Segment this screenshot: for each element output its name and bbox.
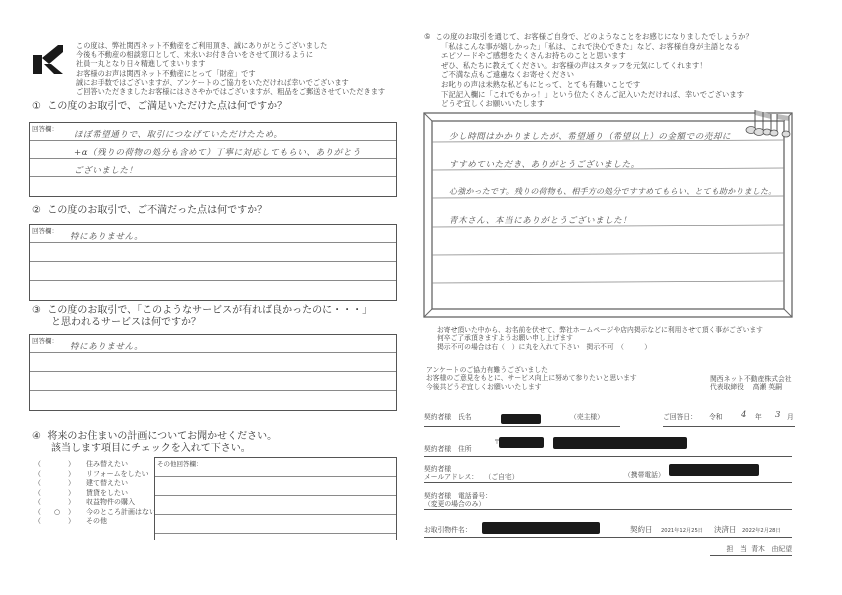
question-text: ご不満な点もご遠慮なくお寄せください <box>424 70 753 80</box>
phone-label: 契約者様 電話番号： <box>424 492 792 500</box>
other-answer-label: その他回答欄： <box>157 459 203 468</box>
close-paren: ） <box>68 517 80 527</box>
era-label: 令和 <box>709 413 723 421</box>
question-2-title: ② この度のお取引で、ご不満だった点は何ですか？ <box>32 205 267 217</box>
answer-label: 回答欄： <box>32 336 58 345</box>
option-checkbox[interactable] <box>46 498 68 508</box>
option-label: その他 <box>86 517 107 527</box>
question-1-title: ① この度のお取引で、ご満足いただけた点は何ですか？ <box>32 101 287 113</box>
property-label: お取引物件名： <box>424 526 472 534</box>
handwritten-answer-line: すすめていただき、ありがとうございました。 <box>449 158 640 170</box>
company-signature: 関西ネット不動産株式会社 代表取締役 高瀬 英嗣 <box>710 375 792 392</box>
no-publish-checkbox[interactable]: 掲示不可の場合は右（ ）に丸を入れて下さい 掲示不可 （ ） <box>437 343 763 351</box>
year-unit: 年 <box>755 413 762 421</box>
answer-year: 4 <box>741 411 747 419</box>
option-label: リフォームをしたい <box>86 470 149 480</box>
handwritten-answer-line: ございました！ <box>74 164 138 176</box>
question-text: ぜひ、私たちに教えてください。お客様の声はスタッフを元気にしてくれます！ <box>424 61 753 71</box>
contract-phone-field[interactable]: 契約者様 電話番号： （変更の場合のみ） <box>424 492 792 510</box>
option-label: 今のところ計画はない <box>86 508 156 518</box>
address-label: 契約者様 住所 <box>424 445 472 453</box>
open-paren: （ <box>34 517 46 527</box>
staff-name: 青木 由紀望 <box>751 545 792 553</box>
phone-note: （変更の場合のみ） <box>424 500 792 508</box>
handwritten-answer-line: 心強かったです。残りの荷物も、相手方の処分ですすめてもらい、とても助かりました。 <box>449 186 776 197</box>
question-text: この度のお取引を通じて、お客様ご自身で、どのようなことをお感じになりましたでしょ… <box>435 32 753 41</box>
option-checkbox[interactable] <box>46 470 68 480</box>
question-number: ⑤ <box>424 32 431 41</box>
answer-date-label: ご回答日： <box>663 413 697 421</box>
name-suffix: （売主様） <box>570 413 604 421</box>
redacted-address <box>553 437 687 449</box>
question-text: 該当します項目にチェックを入れて下さい。 <box>32 443 277 455</box>
property-name-field[interactable]: お取引物件名： 契約日 2021年12月25日 決済日 2022年2月28日 <box>424 526 792 538</box>
option-checkbox[interactable] <box>46 479 68 489</box>
question-1-answer-box[interactable]: 回答欄： ほぼ希望通りで、取引につなげていただけたため。 +α（残りの荷物の処分… <box>29 122 397 197</box>
notice-line: 何卒ご了承頂きますようお願い申し上げます <box>437 334 763 342</box>
redacted-mobile <box>669 464 759 476</box>
email-label: メールアドレス： <box>424 473 478 481</box>
close-paren: ） <box>68 508 80 518</box>
question-4-other-box[interactable]: その他回答欄： <box>154 457 397 540</box>
plan-options: （）住み替えたい（）リフォームをしたい（）建て替えたい（）賃貸をしたい（）収益物… <box>34 460 156 527</box>
home-label: （ご自宅） <box>485 473 519 481</box>
company-logo-icon <box>32 44 64 76</box>
intro-line: この度は、弊社関西ネット不動産をご利用頂き、誠にありがとうございました <box>76 41 385 50</box>
question-text: エピソードやご感想をたくさんお持ちのことと思います <box>424 51 753 61</box>
mobile-label: （携帯電話） <box>624 471 665 479</box>
option-checkbox[interactable] <box>46 517 68 527</box>
question-text: お叱りの声は未熟な私どもにとって、とても有難いことです <box>424 80 753 90</box>
thanks-message: アンケートのご協力有難うございました お客様のご意見をもとに、サービス向上に努め… <box>426 366 637 391</box>
intro-line: 今後も不動産の相談窓口として、末永いお付き合いをさせて頂けるように <box>76 50 385 59</box>
question-text: この度のお取引で、ご満足いただけた点は何ですか？ <box>47 101 287 112</box>
staff-field: 担 当 青木 由紀望 <box>710 545 792 556</box>
close-paren: ） <box>68 489 80 499</box>
open-paren: （ <box>34 498 46 508</box>
plan-option[interactable]: （）リフォームをしたい <box>34 470 156 480</box>
question-text: どうぞ宜しくお願いいたします <box>424 99 753 109</box>
close-paren: ） <box>68 479 80 489</box>
redacted-property-name <box>482 522 600 534</box>
option-checkbox[interactable] <box>46 460 68 470</box>
open-paren: （ <box>34 479 46 489</box>
redacted-name <box>501 414 541 424</box>
month-unit: 月 <box>787 413 794 421</box>
thanks-line: お客様のご意見をもとに、サービス向上に努めて参りたいと思います <box>426 374 637 382</box>
question-number: ④ <box>32 431 41 442</box>
redacted-postal-code <box>499 437 544 448</box>
open-paren: （ <box>34 470 46 480</box>
option-label: 建て替えたい <box>86 479 128 489</box>
contract-date-label: 契約日 <box>630 526 653 534</box>
question-text: この度のお取引で、ご不満だった点は何ですか？ <box>47 205 267 216</box>
answer-label: 回答欄： <box>32 124 58 133</box>
question-3-answer-box[interactable]: 回答欄： 特にありません。 <box>29 334 397 411</box>
question-text: 下記記入欄に「これでもかっ！」という位たくさんご記入いただければ、幸いでございま… <box>424 90 753 100</box>
option-label: 収益物件の購入 <box>86 498 135 508</box>
option-label: 住み替えたい <box>86 460 128 470</box>
intro-line: ご回答いただきましたお客様にはささやかではございますが、粗品をご郵送させていただ… <box>76 87 385 96</box>
close-paren: ） <box>68 460 80 470</box>
question-number: ② <box>32 205 41 216</box>
handwritten-answer-line: 少し時間はかかりましたが、希望通り（希望以上）の金額での売却に <box>449 130 731 142</box>
thanks-line: 今後共どうぞ宜しくお願いいたします <box>426 383 637 391</box>
settlement-date-label: 決済日 <box>714 526 737 534</box>
representative-title: 代表取締役 <box>710 383 744 391</box>
answer-month: 3 <box>775 411 781 419</box>
answer-label: 回答欄： <box>32 226 58 235</box>
intro-line: 社員一丸となり日々精進してまいります <box>76 59 385 68</box>
option-label: 賃貸をしたい <box>86 489 128 499</box>
plan-option[interactable]: （）住み替えたい <box>34 460 156 470</box>
intro-text: この度は、弊社関西ネット不動産をご利用頂き、誠にありがとうございました 今後も不… <box>76 41 385 96</box>
handwritten-answer-line: 特にありません。 <box>70 340 143 352</box>
representative-name: 高瀬 英嗣 <box>753 383 782 391</box>
question-text: 将来のお住まいの計画についてお聞かせください。 <box>47 431 277 442</box>
plan-option[interactable]: （）賃貸をしたい <box>34 489 156 499</box>
question-5-title: ⑤ この度のお取引を通じて、お客様ご自身で、どのようなことをお感じになりましたで… <box>424 32 753 109</box>
question-2-answer-box[interactable]: 回答欄： 特にありません。 <box>29 224 397 301</box>
question-5-answer-box[interactable]: 少し時間はかかりましたが、希望通り（希望以上）の金額での売却に すすめていただき… <box>423 112 793 318</box>
option-checkbox[interactable]: ○ <box>46 508 68 518</box>
question-number: ③ <box>32 305 41 316</box>
question-text: と思われるサービスは何ですか？ <box>32 317 372 329</box>
close-paren: ） <box>68 498 80 508</box>
question-text: この度のお取引で、「このようなサービスが有れば良かったのに・・・」 <box>47 305 372 316</box>
open-paren: （ <box>34 508 46 518</box>
plan-option[interactable]: （）その他 <box>34 517 156 527</box>
open-paren: （ <box>34 460 46 470</box>
plan-option[interactable]: （○）今のところ計画はない <box>34 508 156 518</box>
contract-date: 2021年12月25日 <box>661 527 703 535</box>
answer-date-field[interactable]: ご回答日： 令和 4 年 3 月 <box>663 413 795 427</box>
staff-label: 担 当 <box>727 545 747 553</box>
option-checkbox[interactable] <box>46 489 68 499</box>
close-paren: ） <box>68 470 80 480</box>
intro-line: 誠にお手数ではございますが、アンケートのご協力をいただければ幸いでございます <box>76 78 385 87</box>
plan-option[interactable]: （）建て替えたい <box>34 479 156 489</box>
question-number: ① <box>32 101 41 112</box>
settlement-date: 2022年2月28日 <box>742 527 781 535</box>
intro-line: お客様のお声は関西ネット不動産にとって「財産」です <box>76 69 385 78</box>
question-4-title: ④ 将来のお住まいの計画についてお聞かせください。 該当します項目にチェックを入… <box>32 431 277 454</box>
handwritten-answer-line: ほぼ希望通りで、取引につなげていただけたため。 <box>74 128 283 140</box>
handwritten-answer-line: 青木さん、本当にありがとうございました！ <box>449 214 632 226</box>
handwritten-answer-line: 特にありません。 <box>70 230 143 242</box>
handwritten-answer-line: +α（残りの荷物の処分も含めて）丁寧に対応してもらい、ありがとう <box>74 146 361 158</box>
music-notes-icon <box>743 106 795 138</box>
question-text: 「私はこんな事が嬉しかった」「私は、これで決心できた」など、お客様自身が主語とな… <box>424 42 753 52</box>
question-3-title: ③ この度のお取引で、「このようなサービスが有れば良かったのに・・・」 と思われ… <box>32 305 372 328</box>
publish-notice: お寄せ頂いた中から、お名前を伏せて、弊社ホームページや店内掲示などに利用させて頂… <box>437 326 763 351</box>
open-paren: （ <box>34 489 46 499</box>
name-label: 契約者様 氏名 <box>424 413 472 421</box>
plan-option[interactable]: （）収益物件の購入 <box>34 498 156 508</box>
